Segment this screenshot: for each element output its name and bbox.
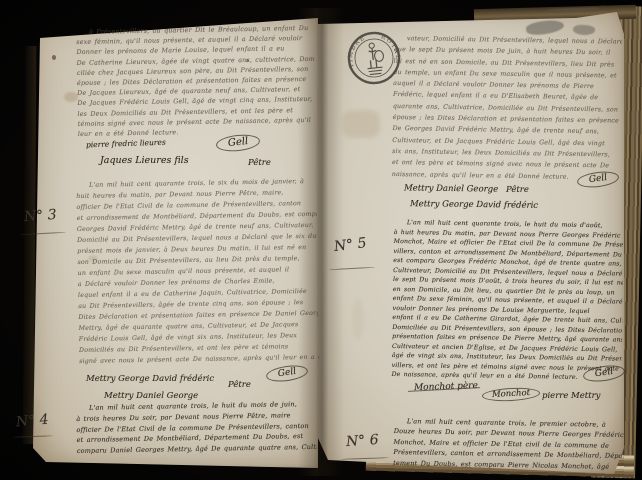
signature-petre: Pêtre — [248, 158, 271, 168]
timbre-royal-stamp: TIMBRE ROYAL — [343, 27, 405, 89]
signature-pierre-mettry: pierre Mettry — [542, 391, 600, 401]
stamp-word-timbre: TIMBRE — [345, 34, 370, 69]
record-5-body: L'an mil huit cent quarante trois, le hu… — [391, 218, 624, 383]
signature-mettry-george-david: Mettry George David frédéric — [410, 199, 538, 211]
record-4-start-body: L'an mil huit cent quarante trois, le hu… — [76, 399, 317, 457]
margin-number-6: N° 6 — [345, 432, 379, 450]
signature-mettry-daniel-george: Mettry Daniel George — [104, 391, 198, 401]
stamp-word-royal: ROYAL — [379, 32, 401, 63]
record-4-end-body: vateur, Domicilié au Dit Présentevillers… — [392, 33, 622, 183]
record-previous-continuation: à Présentevillers, au quartier Dit le Br… — [76, 23, 316, 139]
scanned-register-spread: TIMBRE ROYAL N° 3 N° 4 à Présentevillers… — [0, 0, 642, 480]
record-6-start-body: L'an mil huit cent quarante trois, le pr… — [393, 416, 624, 472]
signature-petre: Pêtre — [506, 185, 529, 195]
record-3-body: L'an mil huit cent quarante trois, le si… — [76, 176, 319, 367]
signature-mettry-george-david: Mettry George David frédéric — [86, 374, 214, 384]
margin-number-4: N° 4 — [15, 412, 49, 431]
signature-witness-lieures-fils: Jaques Lieures fils — [100, 155, 189, 166]
signature-petre: Pêtre — [228, 380, 251, 390]
margin-number-3: N° 3 — [23, 207, 57, 225]
signature-mettry-daniel-george: Mettry Daniel George — [404, 183, 498, 194]
